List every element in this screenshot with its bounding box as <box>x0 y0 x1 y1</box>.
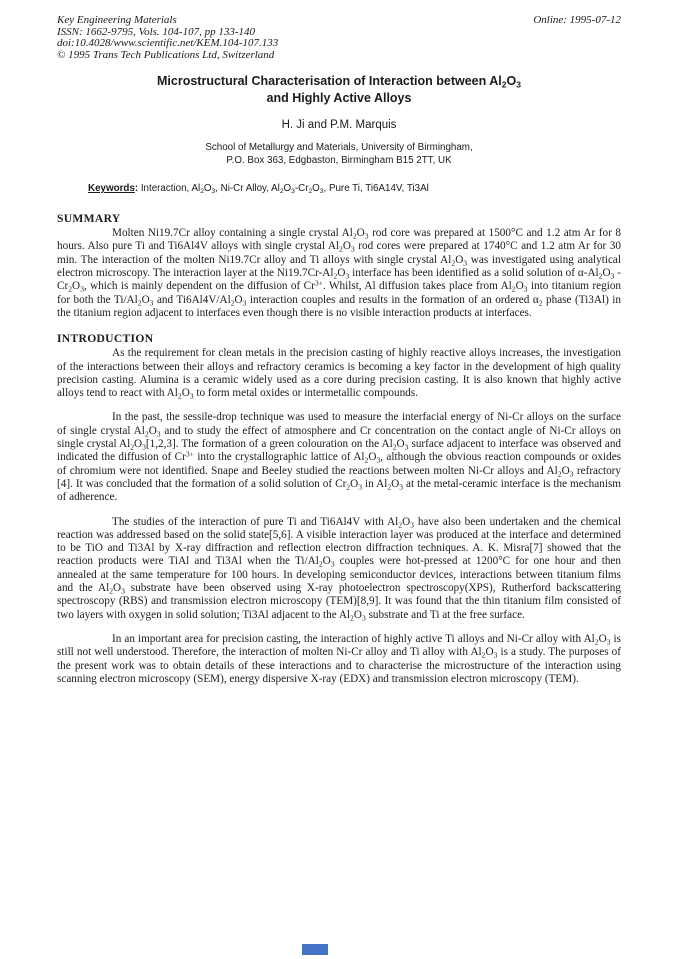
online-date: Online: 1995-07-12 <box>533 15 621 27</box>
section-heading: INTRODUCTION <box>57 332 621 345</box>
paper-title: Microstructural Characterisation of Inte… <box>57 73 621 106</box>
section-heading: SUMMARY <box>57 212 621 225</box>
affiliation-line1: School of Metallurgy and Materials, Univ… <box>57 142 621 154</box>
body-sections: SUMMARYMolten Ni19.7Cr alloy containing … <box>57 212 621 686</box>
paragraph: In the past, the sessile-drop technique … <box>57 411 621 504</box>
paper-title-line2: and Highly Active Alloys <box>57 90 621 107</box>
publication-header: Key Engineering Materials ISSN: 1662-979… <box>57 15 621 61</box>
paragraph: As the requirement for clean metals in t… <box>57 347 621 400</box>
bottom-blue-marker[interactable] <box>302 944 328 955</box>
paper-title-line1: Microstructural Characterisation of Inte… <box>57 73 621 90</box>
keywords-line: Keywords: Interaction, Al2O3, Ni-Cr Allo… <box>57 183 621 194</box>
paragraph: Molten Ni19.7Cr alloy containing a singl… <box>57 227 621 320</box>
keywords-label: Keywords <box>88 183 135 194</box>
paragraph: The studies of the interaction of pure T… <box>57 516 621 622</box>
page-content: Key Engineering Materials ISSN: 1662-979… <box>57 15 621 686</box>
copyright-line: © 1995 Trans Tech Publications Ltd, Swit… <box>57 50 621 62</box>
affiliation-line2: P.O. Box 363, Edgbaston, Birmingham B15 … <box>57 155 621 167</box>
affiliation: School of Metallurgy and Materials, Univ… <box>57 142 621 167</box>
keywords-text: Interaction, Al2O3, Ni-Cr Alloy, Al2O3-C… <box>138 183 429 194</box>
section: SUMMARYMolten Ni19.7Cr alloy containing … <box>57 212 621 320</box>
authors: H. Ji and P.M. Marquis <box>57 119 621 131</box>
paper-page: Key Engineering Materials ISSN: 1662-979… <box>0 0 678 959</box>
paragraph: In an important area for precision casti… <box>57 633 621 686</box>
section: INTRODUCTIONAs the requirement for clean… <box>57 332 621 686</box>
